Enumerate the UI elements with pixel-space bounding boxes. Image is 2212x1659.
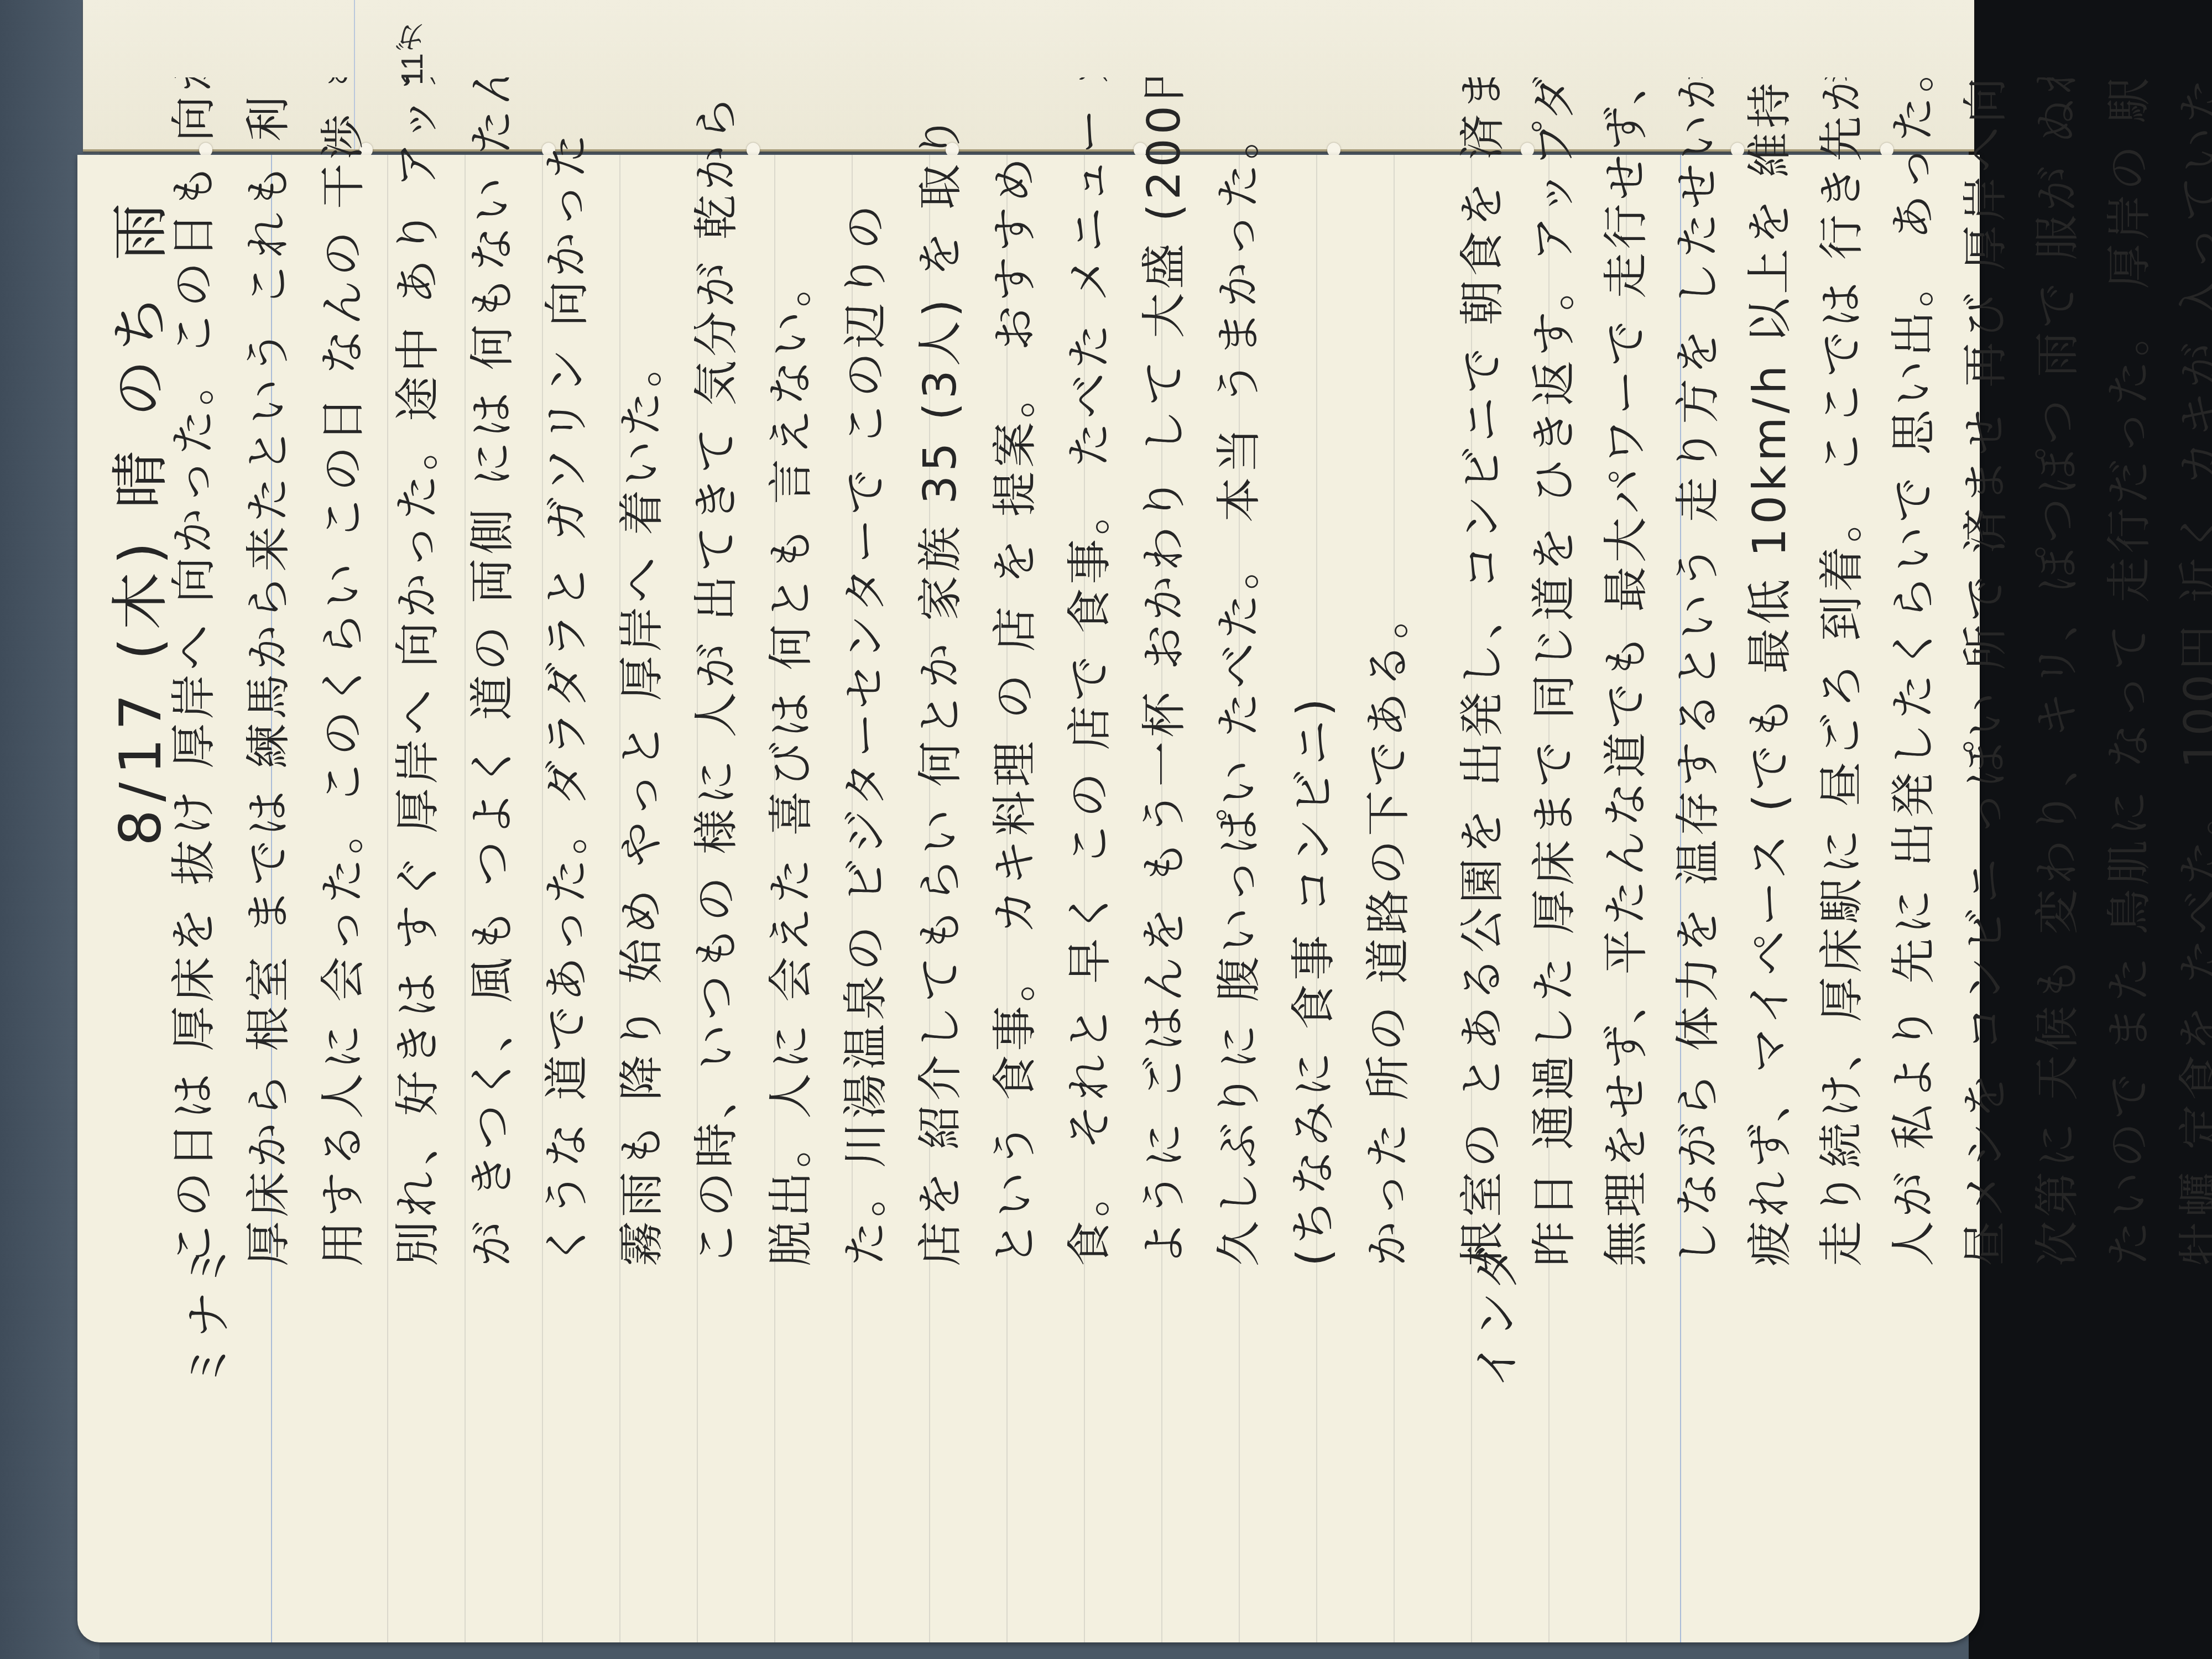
text-line: 人が 私より 先に 出発したくらいで 思い出。 あった。 [1891,77,1937,1266]
text-line: この時、いつもの 様に 人が 出てきて 気分が 乾から [694,77,739,1266]
text-line: 霧雨も 降り 始め やっと 厚岸へ 着いた。 [619,77,665,1266]
text-line: 昼メシを コンビニ っぽい 所で 済ませ 再び 厚岸へ向けて 出発した。 [1963,77,2008,1266]
text-line: 昨日 通過した 厚床まで 同じ道を ひき返す。アップダウンは [1532,77,1577,1266]
diary-entry: 8/17 (木) 晴 のち 雨 ミナミ この日は 厚床を 抜け 厚岸へ 向かった… [83,11,1853,1471]
text-line: (ちなみに 食事 コンビニ) [1291,77,1337,1266]
text-line: 疲れず、マイペース (でも 最低 10km/h 以上を 維持) で 2〜3時間 [1747,77,1793,1266]
text-line: くうな 道であった。ダラダラと ガソリン 向かった [545,77,590,1266]
text-line: た。川湯温泉の ビジターセンターで この辺りの [843,77,889,1266]
text-line: 食。 それと 早く この 店で 食事。 たべた メニュー カキ 定食 [1067,77,1113,1266]
text-line: 用する人に 会った。このくらい この日 なんの 干渉 もなく [321,77,366,1266]
text-line: 別れ、好きは すぐ 厚岸へ 向かった。途中 あり アップ ダウン [395,77,441,1266]
text-line: ように ごはんを もう一杯 おかわり して 大盛 (200円) [1142,77,1187,1266]
text-line: 次第に 天候も 変わり、キリ、ぽつぽつ 雨で 服が ぬれ、風は 冷 [2035,77,2080,1266]
text-line: 牡蠣 定食を たべた。 100円 近く カキが 入っていたので、ゴハン [2179,77,2212,1266]
text-line: かった 所の 道路の下である。 [1366,77,1411,1266]
text-line: 無理をせず、平たんな道でも 最大パワーで 走行せず、セーブ [1604,77,1649,1266]
text-line: 久しぶりに 腹いっぱい たべた。 本当 うまかった。 [1217,77,1262,1266]
text-line: という 食事。 カキ料理 の 店 を 提案。 おすすめ [993,77,1038,1266]
text-line: 店を 紹介してもらい 何とか 家族 35 (3人) を 取り [918,77,963,1266]
text-line: が きつく、風も つよく 道の 両側 には 何もない たん [470,77,515,1266]
text-line: 厚床から 根室 までは 練馬から来たという これも 利 [246,77,291,1266]
text-line: 根室の とある公園を 出発し、コンビニで 朝食を 済ませ、 [1460,77,1505,1266]
text-line: しながら 体力を 温存するという 走り方を したせいか、さほど [1676,77,1721,1266]
entry-date-weather: 8/17 (木) 晴 のち 雨 [94,195,177,846]
text-line: 走り続け、厚床駅に 昼ごろ 到着。 ここでは 行き先が 同じという [1819,77,1865,1266]
text-line: この日は 厚床を 抜け 厚岸へ 向かった。この日も 向かい 風。風に 悪の ない… [171,77,217,1266]
text-line: たいので また 鳥肌に なって 走行だった。 厚岸の 駅前で [2107,77,2152,1266]
text-line: 脱出。人に 会えた 喜びは 何とも 言えない。 [769,77,814,1266]
